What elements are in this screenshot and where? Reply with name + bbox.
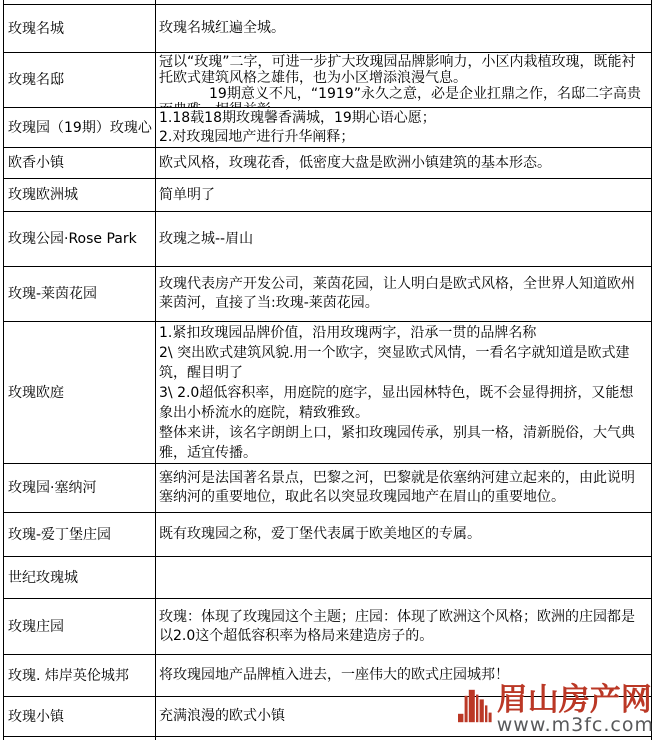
project-name-cell: 世纪玫瑰城 xyxy=(4,557,156,598)
project-name-cell: 玫瑰. 炜岸英伦城邦 xyxy=(4,655,156,696)
project-name-cell xyxy=(4,0,156,4)
table-row: 玫瑰园（19期）玫瑰心 1.18载18期玫瑰馨香满城，19期心语心愿； 2.对玫… xyxy=(4,108,651,148)
description-cell: 冠以“玫瑰”二字，可进一步扩大玫瑰园品牌影响力，小区内栽植玫瑰，既能衬托欧式建筑… xyxy=(156,53,651,107)
description-line: 简单明了 xyxy=(159,186,647,205)
project-name-cell: 玫瑰-爱丁堡庄园 xyxy=(4,513,156,556)
description-line: 1.紧扣玫瑰园品牌价值，沿用玫瑰两字，沿承一贯的品牌名称 xyxy=(159,323,647,343)
description-line: 1.18载18期玫瑰馨香满城，19期心语心愿； xyxy=(159,109,647,128)
project-name: 玫瑰园（19期）玫瑰心 xyxy=(8,119,152,137)
table-row: 玫瑰名城 玫瑰名城红遍全城。 xyxy=(4,5,651,53)
project-name: 玫瑰-爱丁堡庄园 xyxy=(8,526,111,544)
project-name-cell: 玫瑰庄园 xyxy=(4,599,156,654)
description-line: 玫瑰：体现了玫瑰园这个主题；庄园：体现了欧洲这个风格；欧洲的庄园都是以2.0这个… xyxy=(159,608,647,646)
project-name: 玫瑰园·塞纳河 xyxy=(8,479,96,497)
description-cell: 既有玫瑰园之称，爱丁堡代表属于欧美地区的专属。 xyxy=(156,513,651,556)
project-name-cell: 玫瑰名城 xyxy=(4,5,156,52)
table-row: 玫瑰. 炜岸英伦城邦 将玫瑰园地产品牌植入进去，一座伟大的欧式庄园城邦！ xyxy=(4,655,651,697)
table-row: 玫瑰欧庭 1.紧扣玫瑰园品牌价值，沿用玫瑰两字，沿承一贯的品牌名称 2\ 突出欧… xyxy=(4,322,651,464)
description-line: 冠以“玫瑰”二字，可进一步扩大玫瑰园品牌影响力，小区内栽植玫瑰，既能衬托欧式建筑… xyxy=(159,54,647,86)
table-row: 玫瑰名邸 冠以“玫瑰”二字，可进一步扩大玫瑰园品牌影响力，小区内栽植玫瑰，既能衬… xyxy=(4,53,651,108)
project-name-cell: 欧香小镇 xyxy=(4,148,156,178)
table-row: 玫瑰欧洲城 简单明了 xyxy=(4,179,651,212)
description-line: 充满浪漫的欧式小镇 xyxy=(159,707,647,726)
description-cell: 玫瑰名城红遍全城。 xyxy=(156,5,651,52)
naming-proposal-table: 玫瑰名城 玫瑰名城红遍全城。 玫瑰名邸 冠以“玫瑰”二字，可进一步扩大玫瑰园品牌… xyxy=(3,0,652,740)
description-cell: 1.紧扣玫瑰园品牌价值，沿用玫瑰两字，沿承一贯的品牌名称 2\ 突出欧式建筑风貌… xyxy=(156,322,651,463)
project-name: 玫瑰. 炜岸英伦城邦 xyxy=(8,667,129,685)
project-name-cell: 玫瑰公园·Rose Park xyxy=(4,212,156,266)
project-name: 玫瑰小镇 xyxy=(8,708,64,726)
table-row: 世纪玫瑰城 xyxy=(4,557,651,599)
project-name-cell: 玫瑰小镇 xyxy=(4,697,156,736)
description-line: 玫瑰之城--眉山 xyxy=(159,230,647,249)
description-cell: 将玫瑰园地产品牌植入进去，一座伟大的欧式庄园城邦！ xyxy=(156,655,651,696)
project-name: 玫瑰-莱茵花园 xyxy=(8,285,97,303)
table-row: 玫瑰-爱丁堡庄园 既有玫瑰园之称，爱丁堡代表属于欧美地区的专属。 xyxy=(4,513,651,557)
description-line: 19期意义不凡，“1919”永久之意，必是企业扛鼎之作，名邸二字高贵而典雅，相得… xyxy=(159,86,647,107)
table-row: 玫瑰-莱茵花园 玫瑰代表房产开发公司，莱茵花园，让人明白是欧式风格，全世界人知道… xyxy=(4,267,651,322)
project-name-cell: 玫瑰-莱茵花园 xyxy=(4,267,156,321)
project-name: 世纪玫瑰城 xyxy=(8,569,78,587)
description-cell: 玫瑰代表房产开发公司，莱茵花园，让人明白是欧式风格，全世界人知道欧州莱茵河，直接… xyxy=(156,267,651,321)
description-line: 玫瑰名城红遍全城。 xyxy=(159,19,647,38)
description-line: 3\ 2.0超低容积率，用庭院的庭字，显出园林特色，既不会显得拥挤，又能想象出小… xyxy=(159,383,647,423)
description-cell: 塞纳河是法国著名景点，巴黎之河，巴黎就是依塞纳河建立起来的，由此说明塞纳河的重要… xyxy=(156,464,651,512)
description-cell: 玫瑰：体现了玫瑰园这个主题；庄园：体现了欧洲这个风格；欧洲的庄园都是以2.0这个… xyxy=(156,599,651,654)
table-row: 欧香小镇 欧式风格，玫瑰花香，低密度大盘是欧洲小镇建筑的基本形态。 xyxy=(4,148,651,179)
description-cell: 1.18载18期玫瑰馨香满城，19期心语心愿； 2.对玫瑰园地产进行升华阐释； xyxy=(156,108,651,147)
project-name-cell: 玫瑰园（19期）玫瑰心 xyxy=(4,108,156,147)
description-line: 塞纳河是法国著名景点，巴黎之河，巴黎就是依塞纳河建立起来的，由此说明塞纳河的重要… xyxy=(159,469,647,507)
table-row: 玫瑰园·塞纳河 塞纳河是法国著名景点，巴黎之河，巴黎就是依塞纳河建立起来的，由此… xyxy=(4,464,651,513)
description-line: 2.对玫瑰园地产进行升华阐释； xyxy=(159,128,647,147)
description-line: 2\ 突出欧式建筑风貌.用一个欧字，突显欧式风情，一看名字就知道是欧式建筑，醒目… xyxy=(159,343,647,383)
description-cell: 欧式风格，玫瑰花香，低密度大盘是欧洲小镇建筑的基本形态。 xyxy=(156,148,651,178)
table-row: 玫瑰庄园 玫瑰：体现了玫瑰园这个主题；庄园：体现了欧洲这个风格；欧洲的庄园都是以… xyxy=(4,599,651,655)
description-line: 整体来讲，该名字朗朗上口，紧扣玫瑰园传承，别具一格，清新脱俗，大气典雅，适宜传播… xyxy=(159,423,647,463)
description-cell xyxy=(156,0,651,4)
project-name-cell: 玫瑰欧庭 xyxy=(4,322,156,463)
description-line: 欧式风格，玫瑰花香，低密度大盘是欧洲小镇建筑的基本形态。 xyxy=(159,154,647,173)
description-cell: 充满浪漫的欧式小镇 xyxy=(156,697,651,736)
description-cell: 简单明了 xyxy=(156,179,651,211)
project-name: 玫瑰欧洲城 xyxy=(8,186,78,204)
project-name-cell: 玫瑰园·塞纳河 xyxy=(4,464,156,512)
description-line: 玫瑰代表房产开发公司，莱茵花园，让人明白是欧式风格，全世界人知道欧州莱茵河，直接… xyxy=(159,275,647,313)
description-cell xyxy=(156,557,651,598)
table-row: 玫瑰公园·Rose Park 玫瑰之城--眉山 xyxy=(4,212,651,267)
table-row: 玫瑰小镇 充满浪漫的欧式小镇 xyxy=(4,697,651,737)
project-name: 欧香小镇 xyxy=(8,154,64,172)
description-line: 将玫瑰园地产品牌植入进去，一座伟大的欧式庄园城邦！ xyxy=(159,666,647,685)
project-name-cell: 玫瑰名邸 xyxy=(4,53,156,107)
project-name: 玫瑰公园·Rose Park xyxy=(8,230,137,248)
project-name-cell: 玫瑰欧洲城 xyxy=(4,179,156,211)
project-name: 玫瑰名城 xyxy=(8,20,64,38)
project-name: 玫瑰欧庭 xyxy=(8,384,64,402)
description-line: 既有玫瑰园之称，爱丁堡代表属于欧美地区的专属。 xyxy=(159,525,647,544)
description-cell: 玫瑰之城--眉山 xyxy=(156,212,651,266)
project-name: 玫瑰庄园 xyxy=(8,618,64,636)
project-name: 玫瑰名邸 xyxy=(8,71,64,89)
